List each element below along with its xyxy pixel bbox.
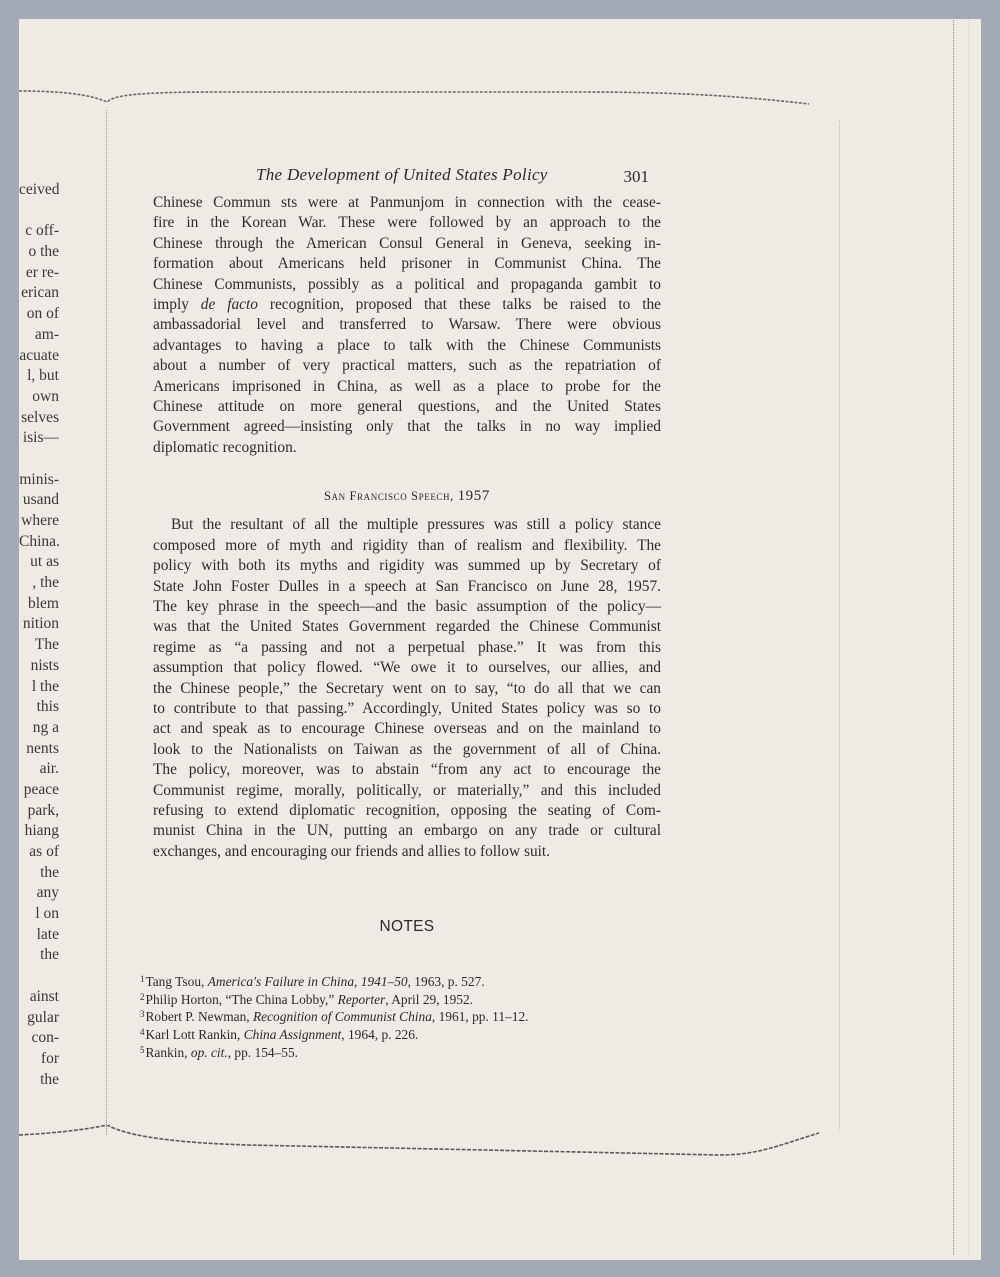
text-line: Chinese Communists, possibly as a politi… (153, 275, 661, 295)
text-line: policy with both its myths and rigidity … (153, 556, 661, 576)
text-line: assumption that policy flowed. “We owe i… (153, 658, 661, 678)
text-line: formation about Americans held prisoner … (153, 254, 661, 274)
page-number: 301 (624, 167, 650, 187)
text-line: was that the United States Government re… (153, 617, 661, 637)
fragment-line: o the (19, 242, 59, 263)
fragment-line: hiang (19, 821, 59, 842)
fragment-line: ceived (19, 180, 59, 201)
fragment-line: on of (19, 304, 59, 325)
fragment-line: nition (19, 614, 59, 635)
text-line: Chinese attitude on more general questio… (153, 397, 661, 417)
text-line: regime as “a passing and not a perpetual… (153, 638, 661, 658)
text-line: act and speak as to encourage Chinese ov… (153, 719, 661, 739)
text-line: the Chinese people,” the Secretary went … (153, 679, 661, 699)
text-line: The policy, moreover, was to abstain “fr… (153, 760, 661, 780)
running-head: The Development of United States Policy … (153, 165, 661, 193)
text-line: Americans imprisoned in China, as well a… (153, 377, 661, 397)
section-heading: San Francisco Speech, 1957 (153, 488, 661, 505)
fragment-line: blem (19, 594, 59, 615)
text-line: munist China in the UN, putting an embar… (153, 821, 661, 841)
footnote: 5Rankin, op. cit., pp. 154–55. (140, 1043, 661, 1061)
fragment-line: the (19, 863, 59, 884)
paragraph-2: But the resultant of all the multiple pr… (153, 515, 661, 862)
text-line: Chinese through the American Consul Gene… (153, 234, 661, 254)
fragment-line: am- (19, 325, 59, 346)
photocopy-border-bottom (19, 1125, 839, 1165)
footnote: 1Tang Tsou, America's Failure in China, … (140, 972, 661, 990)
fragment-line: nents (19, 739, 59, 760)
notes-list: 1Tang Tsou, America's Failure in China, … (140, 972, 661, 1060)
fragment-line: the (19, 1070, 59, 1091)
fragment-line: China. (19, 532, 59, 553)
text-line: State John Foster Dulles in a speech at … (153, 577, 661, 597)
fragment-line: this (19, 697, 59, 718)
fragment-line: usand (19, 490, 59, 511)
section-heading-text: San Francisco Speech, (324, 489, 454, 503)
text-line: look to the Nationalists on Taiwan as th… (153, 740, 661, 760)
fragment-line: where (19, 511, 59, 532)
text-line: fire in the Korean War. These were follo… (153, 213, 661, 233)
fragment-line: park, (19, 801, 59, 822)
fragment-line: ng a (19, 718, 59, 739)
fragment-line: air. (19, 759, 59, 780)
fragment-line: selves (19, 408, 59, 429)
notes-heading: NOTES (153, 918, 661, 936)
fragment-line (19, 449, 59, 470)
text-line: exchanges, and encouraging our friends a… (153, 842, 661, 862)
text-line: refusing to extend diplomatic recognitio… (153, 801, 661, 821)
text-line: The key phrase in the speech—and the bas… (153, 597, 661, 617)
text-line: Government agreed—insisting only that th… (153, 417, 661, 437)
text-line: imply de facto recognition, proposed tha… (153, 295, 661, 315)
fragment-line: l, but (19, 366, 59, 387)
fragment-line: ainst (19, 987, 59, 1008)
fragment-line: con- (19, 1028, 59, 1049)
page-edge-right-faint (968, 20, 969, 1255)
paragraph-1: Chinese Commun sts were at Panmunjom in … (153, 193, 661, 458)
fragment-line: l the (19, 677, 59, 698)
fragment-line: c off- (19, 221, 59, 242)
fragment-line: acuate (19, 346, 59, 367)
footnote: 2Philip Horton, “The China Lobby,” Repor… (140, 990, 661, 1008)
fragment-line: peace (19, 780, 59, 801)
fragment-line: late (19, 925, 59, 946)
fragment-line: for (19, 1049, 59, 1070)
text-line: But the resultant of all the multiple pr… (153, 515, 661, 535)
footnote: 3Robert P. Newman, Recognition of Commun… (140, 1007, 661, 1025)
fragment-line: minis- (19, 470, 59, 491)
text-line: about a number of very practical matters… (153, 356, 661, 376)
fragment-line: , the (19, 573, 59, 594)
fragment-line: nists (19, 656, 59, 677)
fragment-line: l on (19, 904, 59, 925)
fragment-line: as of (19, 842, 59, 863)
photocopy-edge-right (839, 120, 840, 1130)
fragment-line: The (19, 635, 59, 656)
fragment-line: the (19, 945, 59, 966)
text-line: Communist regime, morally, politically, … (153, 781, 661, 801)
text-line: Chinese Commun sts were at Panmunjom in … (153, 193, 661, 213)
fragment-line: er re- (19, 263, 59, 284)
text-line: ambassadorial level and transferred to W… (153, 315, 661, 335)
fragment-line: gular (19, 1008, 59, 1029)
photocopy-edge-left (106, 110, 107, 1135)
page-edge-right (953, 20, 954, 1255)
running-head-title: The Development of United States Policy (256, 165, 548, 185)
fragment-line (19, 966, 59, 987)
fragment-line: isis— (19, 428, 59, 449)
fragment-line: ut as (19, 552, 59, 573)
text-line: to contribute to that passing.” Accordin… (153, 699, 661, 719)
text-line: composed more of myth and rigidity than … (153, 536, 661, 556)
section-heading-year: 1957 (458, 488, 490, 504)
photocopy-border-top (19, 86, 809, 114)
book-page: The Development of United States Policy … (153, 165, 661, 1060)
facing-page-column-fragment: ceived c off-o theer re-ericanon ofam-ac… (19, 180, 59, 1090)
fragment-line: own (19, 387, 59, 408)
fragment-line: any (19, 883, 59, 904)
fragment-line (19, 201, 59, 222)
text-line: advantages to having a place to talk wit… (153, 336, 661, 356)
footnote: 4Karl Lott Rankin, China Assignment, 196… (140, 1025, 661, 1043)
fragment-line: erican (19, 283, 59, 304)
text-line: diplomatic recognition. (153, 438, 661, 458)
